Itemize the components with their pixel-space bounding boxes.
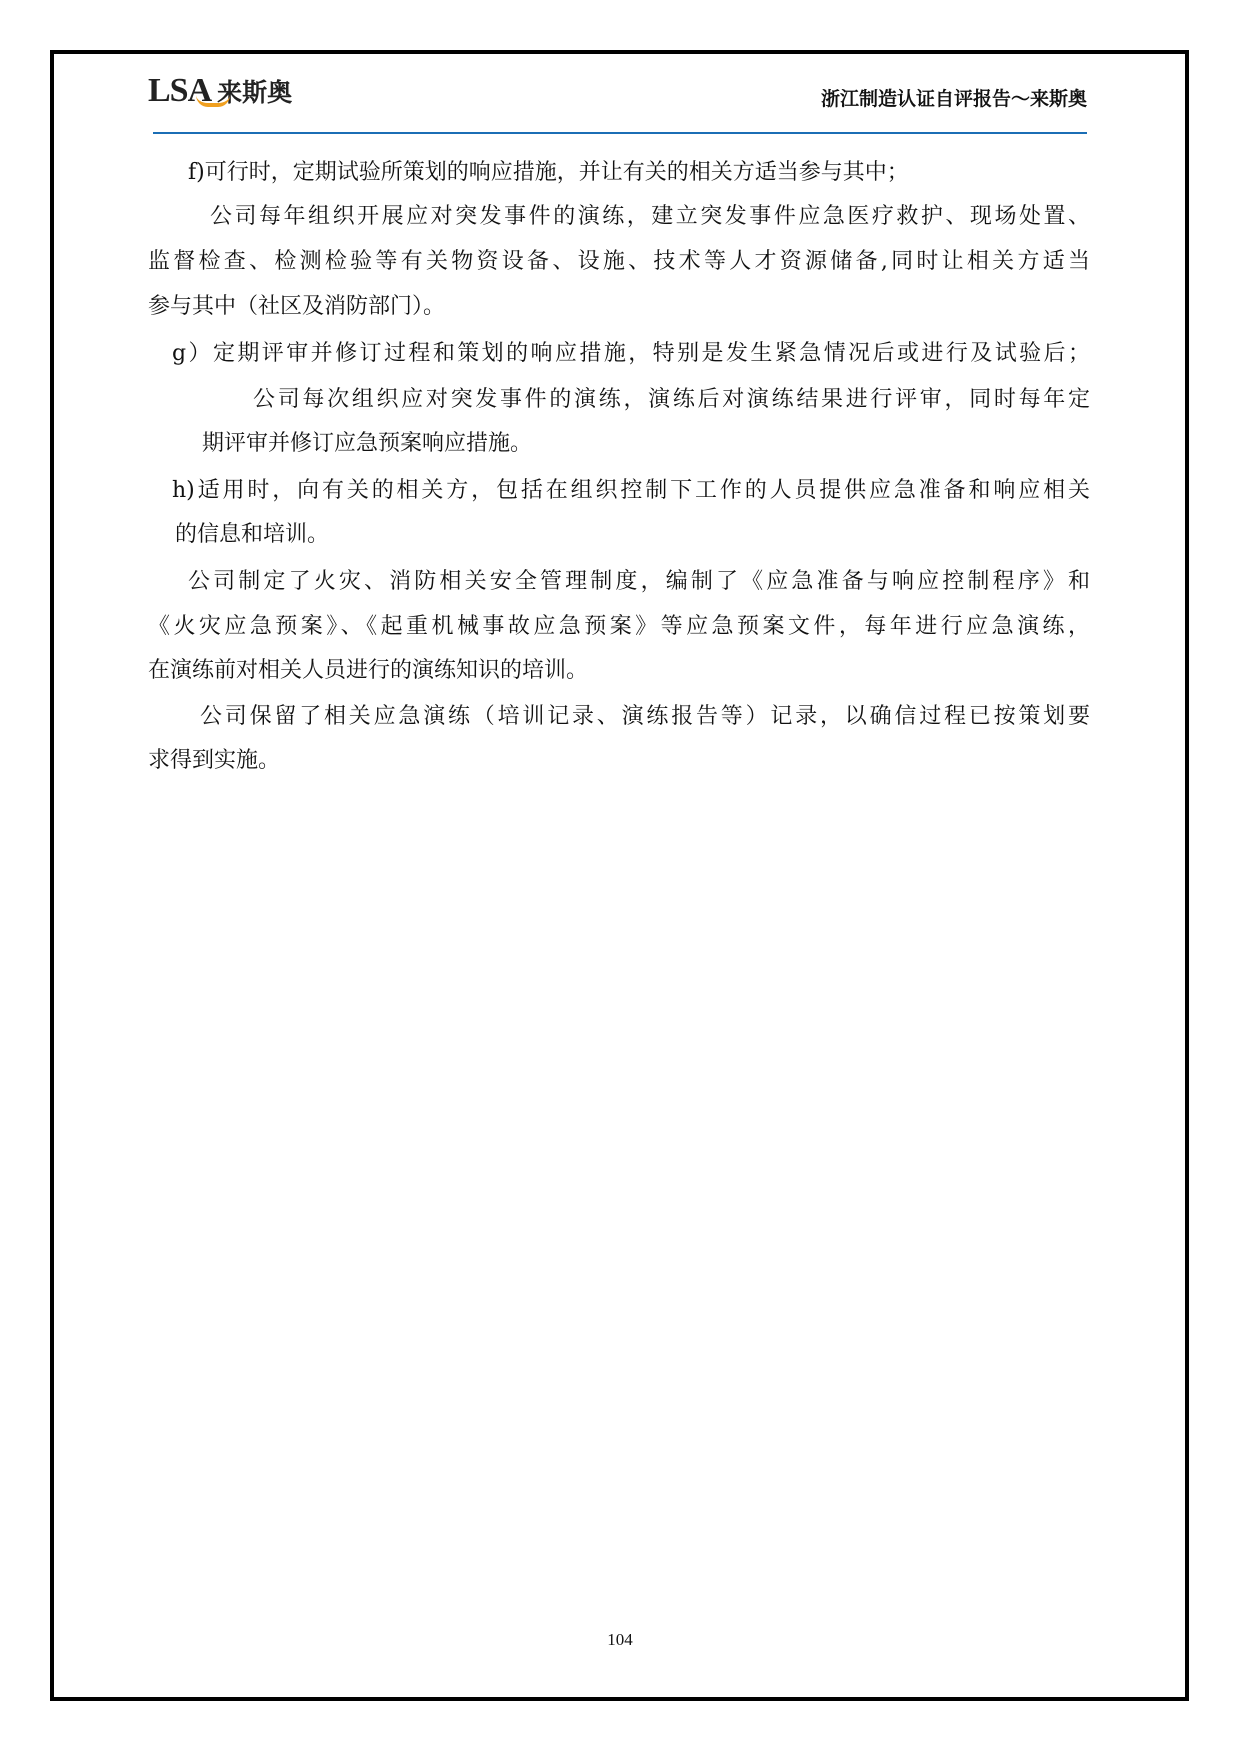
body-text-line: 参与其中（社区及消防部门）。 [148,292,445,322]
body-text-line: 的信息和培训。 [175,520,329,550]
body-text-line: h)适用时，向有关的相关方，包括在组织控制下工作的人员提供应急准备和响应相关 [172,476,1090,506]
body-text-line: 公司每次组织应对突发事件的演练，演练后对演练结果进行评审，同时每年定 [253,385,1090,415]
document-header-title: 浙江制造认证自评报告～来斯奥 [821,84,1087,111]
body-text-line: 公司制定了火灾、消防相关安全管理制度，编制了《应急准备与响应控制程序》和 [188,567,1090,597]
page-number: 104 [0,1630,1240,1650]
body-text-line: 《火灾应急预案》、《起重机械事故应急预案》等应急预案文件，每年进行应急演练， [148,612,1090,642]
body-text-line: 期评审并修订应急预案响应措施。 [202,429,532,459]
body-text-line: 监督检查、检测检验等有关物资设备、设施、技术等人才资源储备,同时让相关方适当 [148,247,1090,277]
body-text-line: g）定期评审并修订过程和策划的响应措施，特别是发生紧急情况后或进行及试验后； [172,339,1090,369]
body-text-line: 求得到实施。 [148,746,280,776]
body-text-line: 公司保留了相关应急演练（培训记录、演练报告等）记录，以确信过程已按策划要 [200,702,1090,732]
body-text-line: 公司每年组织开展应对突发事件的演练，建立突发事件应急医疗救护、现场处置、 [210,202,1090,232]
body-text-line: 在演练前对相关人员进行的演练知识的培训。 [148,656,588,686]
logo-chinese-text: 来斯奥 [217,78,292,108]
body-text-line: f)可行时，定期试验所策划的响应措施，并让有关的相关方适当参与其中； [188,158,909,188]
header-divider [153,132,1087,134]
company-logo: LSA 来斯奥 [148,72,292,108]
